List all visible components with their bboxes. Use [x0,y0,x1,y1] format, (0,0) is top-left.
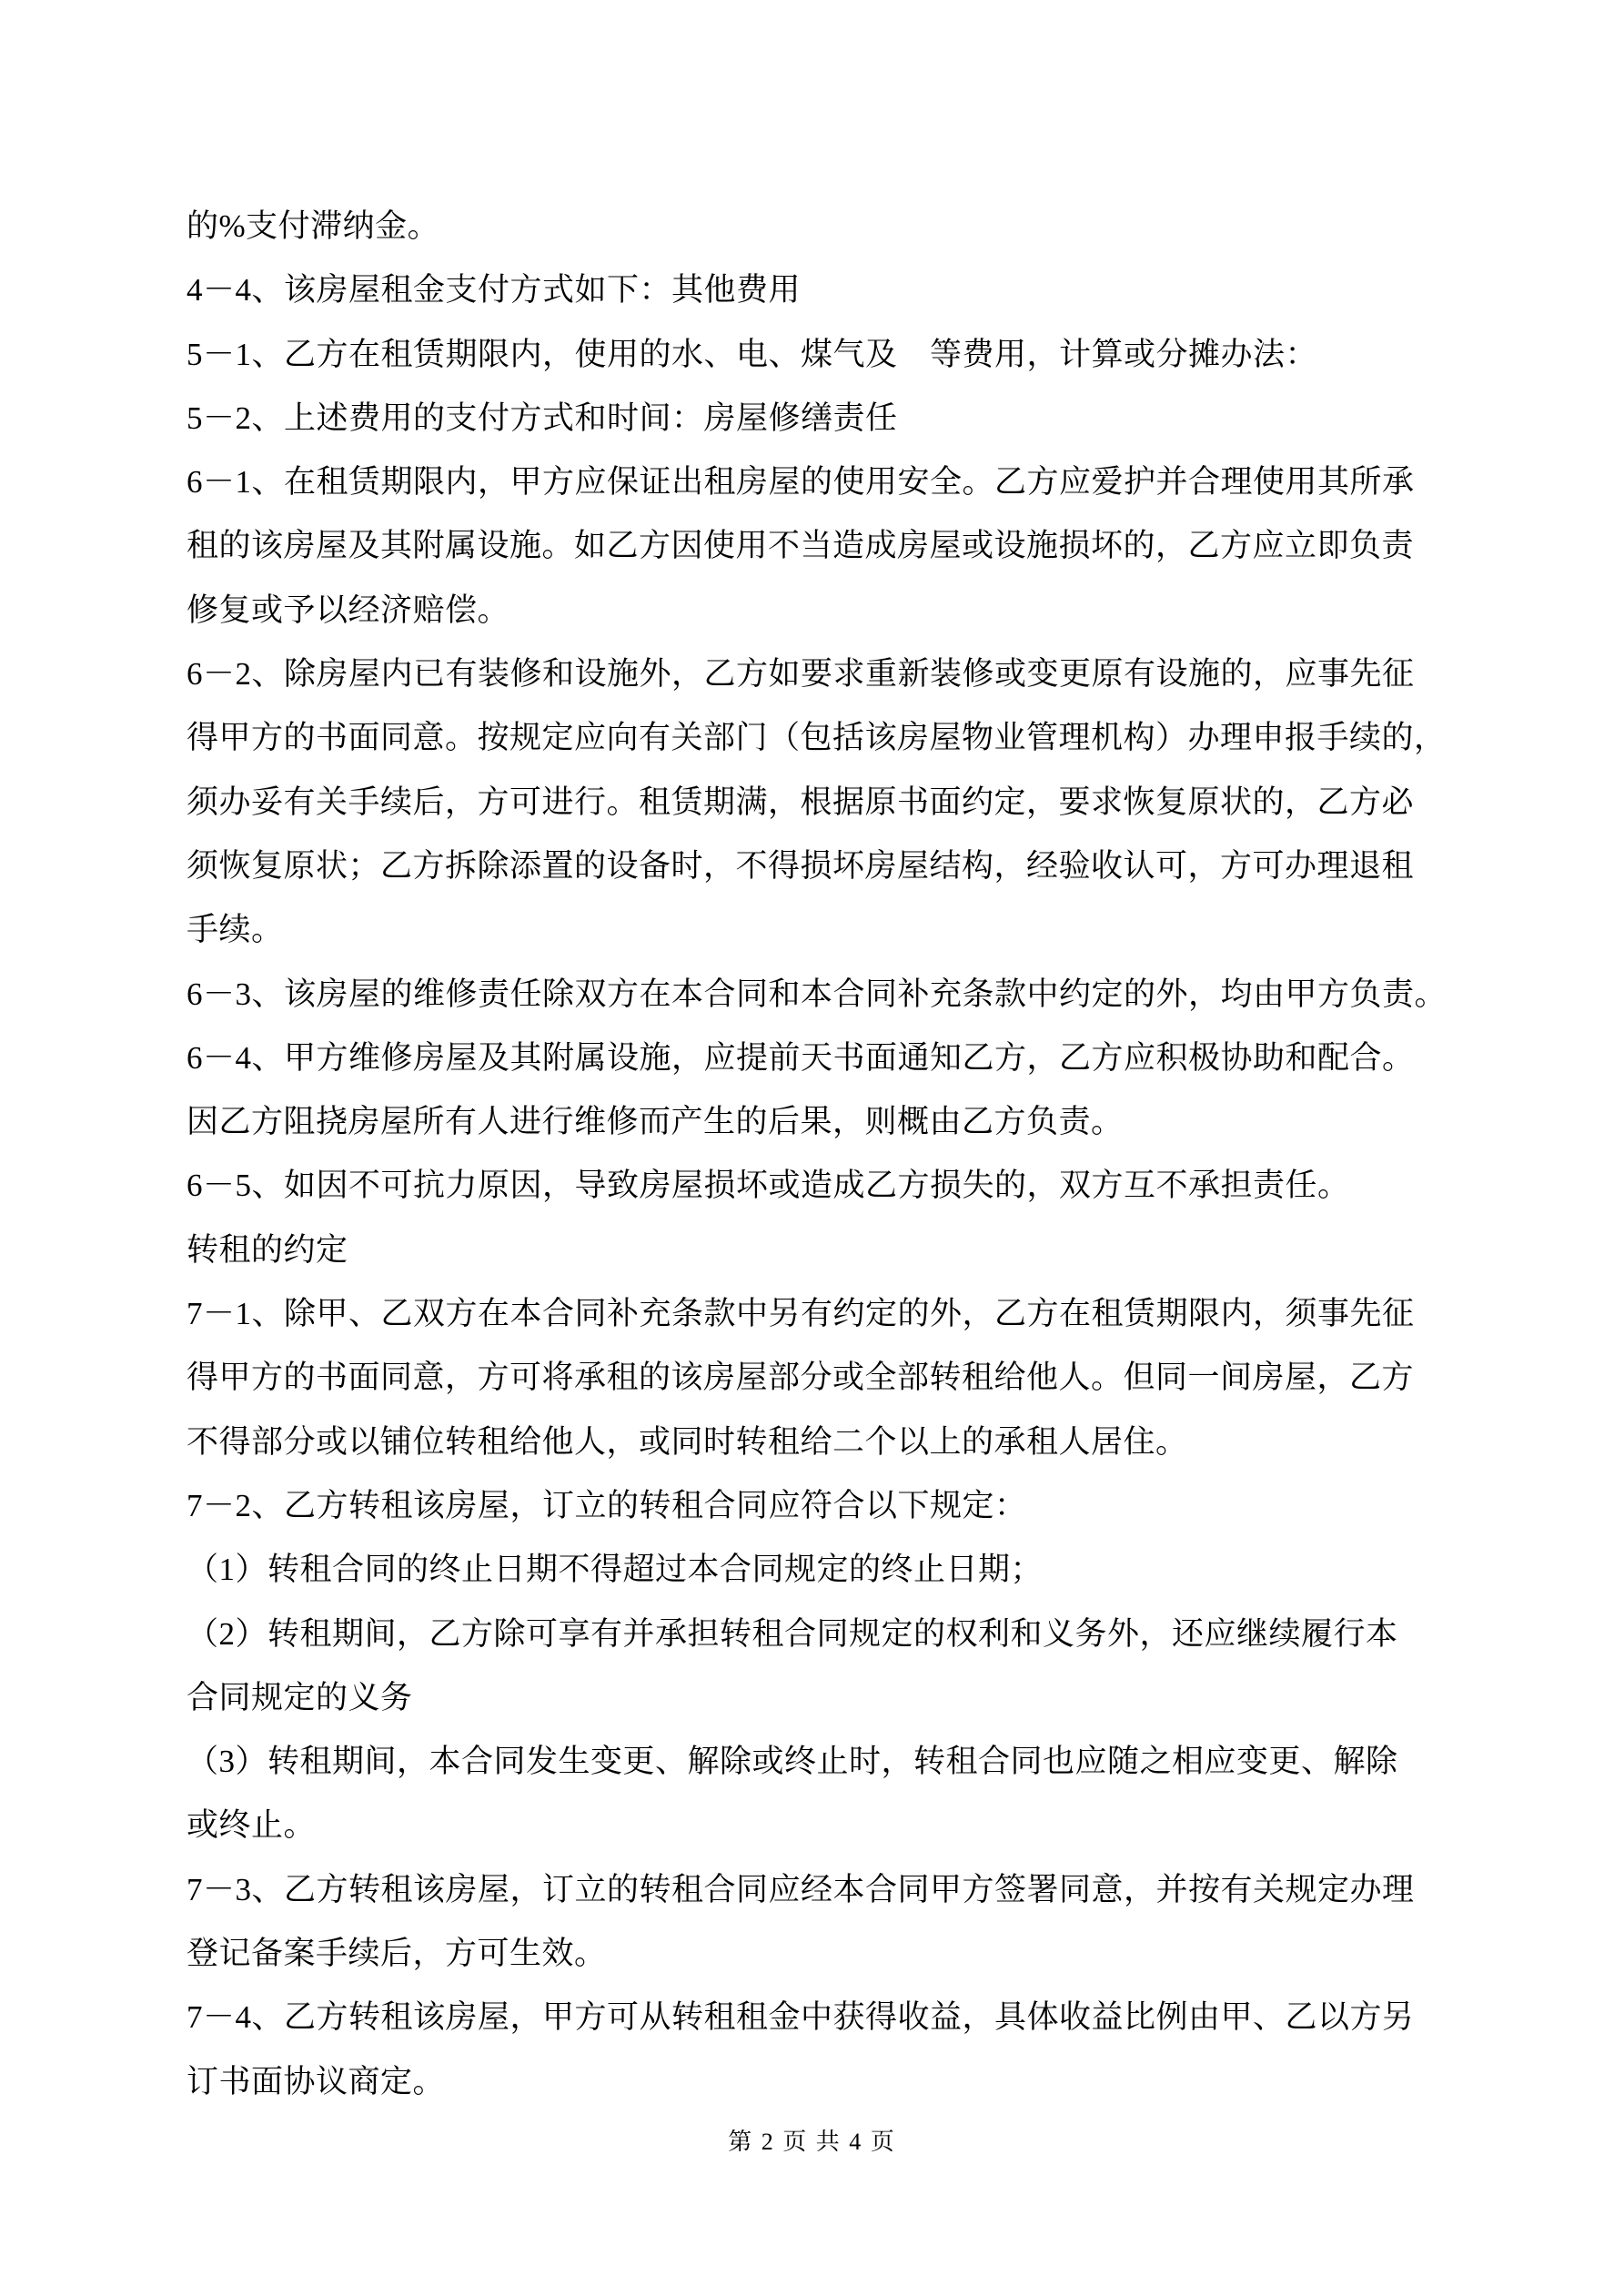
contract-line: 登记备案手续后，方可生效。 [187,1922,1429,1986]
contract-line: 7－1、除甲、乙双方在本合同补充条款中另有约定的外，乙方在租赁期限内，须事先征 [187,1282,1429,1346]
contract-text-block: 的%支付滞纳金。4－4、该房屋租金支付方式如下：其他费用5－1、乙方在租赁期限内… [187,195,1429,2114]
contract-line: 7－3、乙方转租该房屋，订立的转租合同应经本合同甲方签署同意，并按有关规定办理 [187,1858,1429,1922]
contract-line: 6－1、在租赁期限内，甲方应保证出租房屋的使用安全。乙方应爱护并合理使用其所承 [187,450,1429,514]
contract-line: 6－2、除房屋内已有装修和设施外，乙方如要求重新装修或变更原有设施的，应事先征 [187,642,1429,706]
contract-line: 订书面协议商定。 [187,2050,1429,2114]
contract-line: 租的该房屋及其附属设施。如乙方因使用不当造成房屋或设施损坏的，乙方应立即负责 [187,514,1429,578]
contract-line: 须恢复原状；乙方拆除添置的设备时，不得损坏房屋结构，经验收认可，方可办理退租 [187,834,1429,898]
contract-line: 得甲方的书面同意，方可将承租的该房屋部分或全部转租给他人。但同一间房屋，乙方 [187,1346,1429,1410]
contract-line: 6－3、该房屋的维修责任除双方在本合同和本合同补充条款中约定的外，均由甲方负责。 [187,963,1429,1027]
contract-line: 须办妥有关手续后，方可进行。租赁期满，根据原书面约定，要求恢复原状的，乙方必 [187,771,1429,834]
contract-line: 得甲方的书面同意。按规定应向有关部门（包括该房屋物业管理机构）办理申报手续的， [187,706,1429,770]
contract-line: 合同规定的义务 [187,1666,1429,1730]
contract-line: 4－4、该房屋租金支付方式如下：其他费用 [187,258,1429,322]
contract-line: （3）转租期间，本合同发生变更、解除或终止时，转租合同也应随之相应变更、解除 [187,1730,1429,1794]
contract-line: 7－2、乙方转租该房屋，订立的转租合同应符合以下规定： [187,1474,1429,1538]
contract-line: 5－1、乙方在租赁期限内，使用的水、电、煤气及 等费用，计算或分摊办法： [187,323,1429,387]
contract-line: 7－4、乙方转租该房屋，甲方可从转租租金中获得收益，具体收益比例由甲、乙以方另 [187,1986,1429,2049]
contract-line: 6－5、如因不可抗力原因，导致房屋损坏或造成乙方损失的，双方互不承担责任。 [187,1154,1429,1218]
document-page: 的%支付滞纳金。4－4、该房屋租金支付方式如下：其他费用5－1、乙方在租赁期限内… [0,0,1624,2296]
contract-line: 6－4、甲方维修房屋及其附属设施，应提前天书面通知乙方，乙方应积极协助和配合。 [187,1027,1429,1090]
contract-line: 手续。 [187,898,1429,962]
page-number: 第 2 页 共 4 页 [0,2128,1624,2157]
contract-line: （2）转租期间，乙方除可享有并承担转租合同规定的权利和义务外，还应继续履行本 [187,1603,1429,1666]
contract-line: （1）转租合同的终止日期不得超过本合同规定的终止日期； [187,1538,1429,1602]
contract-line: 5－2、上述费用的支付方式和时间：房屋修缮责任 [187,387,1429,450]
contract-line: 因乙方阻挠房屋所有人进行维修而产生的后果，则概由乙方负责。 [187,1090,1429,1154]
contract-line: 的%支付滞纳金。 [187,195,1429,258]
contract-line: 转租的约定 [187,1219,1429,1282]
contract-line: 修复或予以经济赔偿。 [187,579,1429,642]
contract-line: 或终止。 [187,1794,1429,1857]
page-background: { "document": { "lines": [ "的%支付滞纳金。", "… [0,0,1624,2296]
contract-line: 不得部分或以铺位转租给他人，或同时转租给二个以上的承租人居住。 [187,1411,1429,1474]
